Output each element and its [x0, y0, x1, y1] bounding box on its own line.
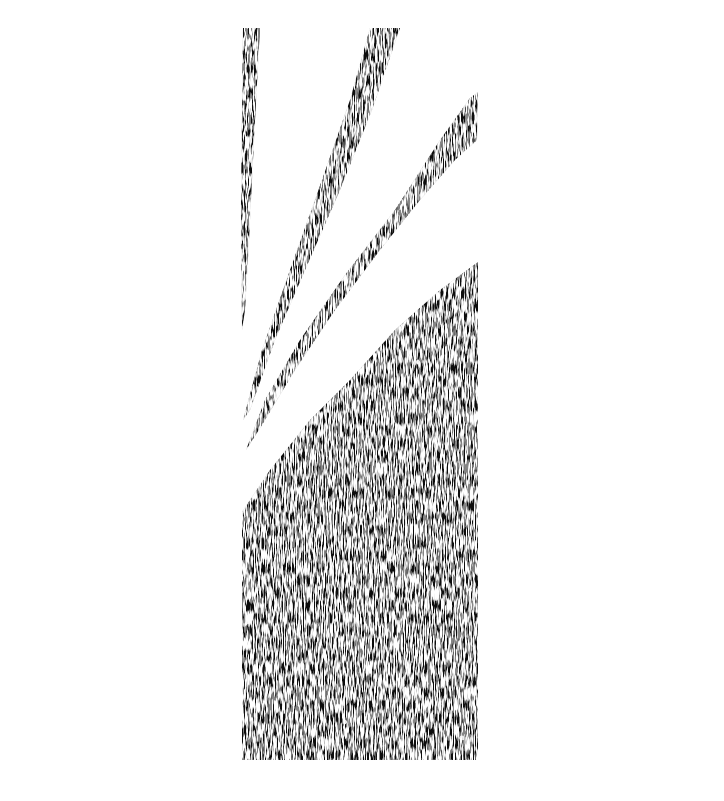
- relief-print-artwork: [0, 0, 724, 801]
- stroke-left: [241, 28, 260, 330]
- ink-shapes: [241, 28, 478, 760]
- main-mass: [242, 262, 478, 760]
